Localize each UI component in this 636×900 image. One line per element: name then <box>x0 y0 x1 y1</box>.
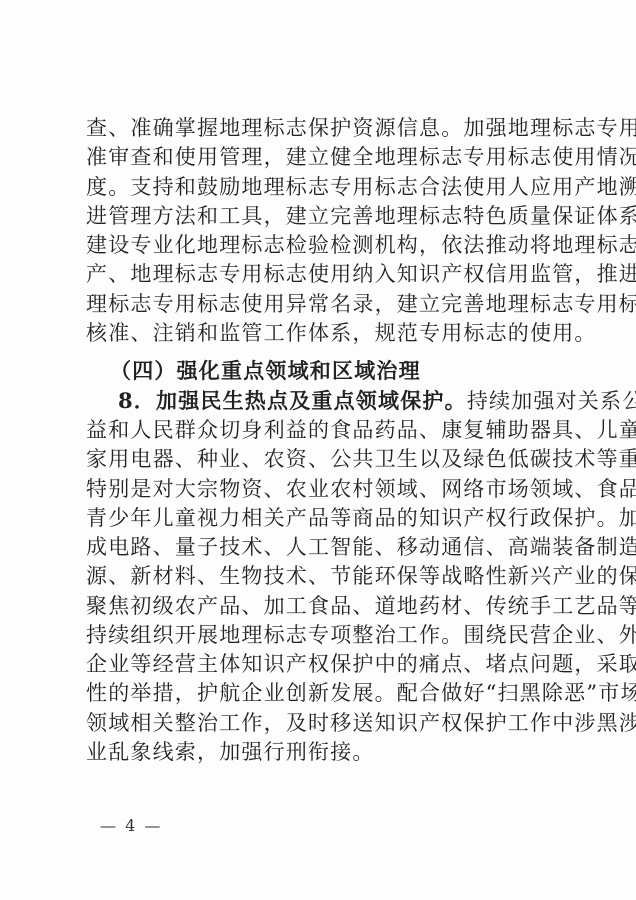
body-text-line: 聚焦初级农产品、加工食品、道地药材、传统手工艺品等领域， <box>86 594 558 618</box>
body-text-line: 特别是对大宗物资、农业农村领域、网络市场领域、食品、影响 <box>86 477 558 501</box>
body-text-line: 产、地理标志专用标志使用纳入知识产权信用监管，推进建立地 <box>86 262 558 286</box>
document-page: 查、准确掌握地理标志保护资源信息。加强地理标志专用标志核 准审查和使用管理，建立… <box>0 0 636 900</box>
body-text-line: 源、新材料、生物技术、节能环保等战略性新兴产业的保护力度。 <box>86 564 558 588</box>
item-8-first-line-rest: 持续加强对关系公共利 <box>467 389 636 413</box>
body-text-line: 准审查和使用管理，建立健全地理标志专用标志使用情况年报制 <box>86 145 558 169</box>
item-8-title: 8．加强民生热点及重点领域保护。 <box>118 388 467 413</box>
body-text-line: 建设专业化地理标志检验检测机构，依法推动将地理标志产品生 <box>86 233 558 257</box>
page-number: — 4 — <box>100 816 162 835</box>
body-text-line: 家用电器、种业、农资、公共卫生以及绿色低碳技术等重点领域， <box>86 447 558 471</box>
body-text-line: 核准、注销和监管工作体系，规范专用标志的使用。 <box>86 321 558 345</box>
section-heading: （四）强化重点领域和区域治理 <box>110 359 582 383</box>
body-text-line: 益和人民群众切身利益的食品药品、康复辅助器具、儿童玩具、 <box>86 418 558 442</box>
body-text-line: 企业等经营主体知识产权保护中的痛点、堵点问题，采取有针对 <box>86 652 558 676</box>
body-text-line: 性的举措，护航企业创新发展。配合做好“扫黑除恶”市场流通 <box>86 681 558 705</box>
body-text-line: 业乱象线索，加强行刑衔接。 <box>86 740 558 764</box>
body-text-line: 领域相关整治工作，及时移送知识产权保护工作中涉黑涉恶和行 <box>86 711 558 735</box>
item-8-first-line: 8．加强民生热点及重点领域保护。持续加强对关系公共利 <box>118 389 558 413</box>
body-text-line: 青少年儿童视力相关产品等商品的知识产权行政保护。加大对集 <box>86 506 558 530</box>
body-text-line: 度。支持和鼓励地理标志专用标志合法使用人应用产地溯源等先 <box>86 175 558 199</box>
body-text-line: 成电路、量子技术、人工智能、移动通信、高端装备制造、新能 <box>86 535 558 559</box>
body-text-line: 进管理方法和工具，建立完善地理标志特色质量保证体系，推动 <box>86 204 558 228</box>
body-text-line: 理标志专用标志使用异常名录，建立完善地理标志专用标志用标 <box>86 292 558 316</box>
body-text-line: 持续组织开展地理标志专项整治工作。围绕民营企业、外商投资 <box>86 623 558 647</box>
body-text-line: 查、准确掌握地理标志保护资源信息。加强地理标志专用标志核 <box>86 116 558 140</box>
